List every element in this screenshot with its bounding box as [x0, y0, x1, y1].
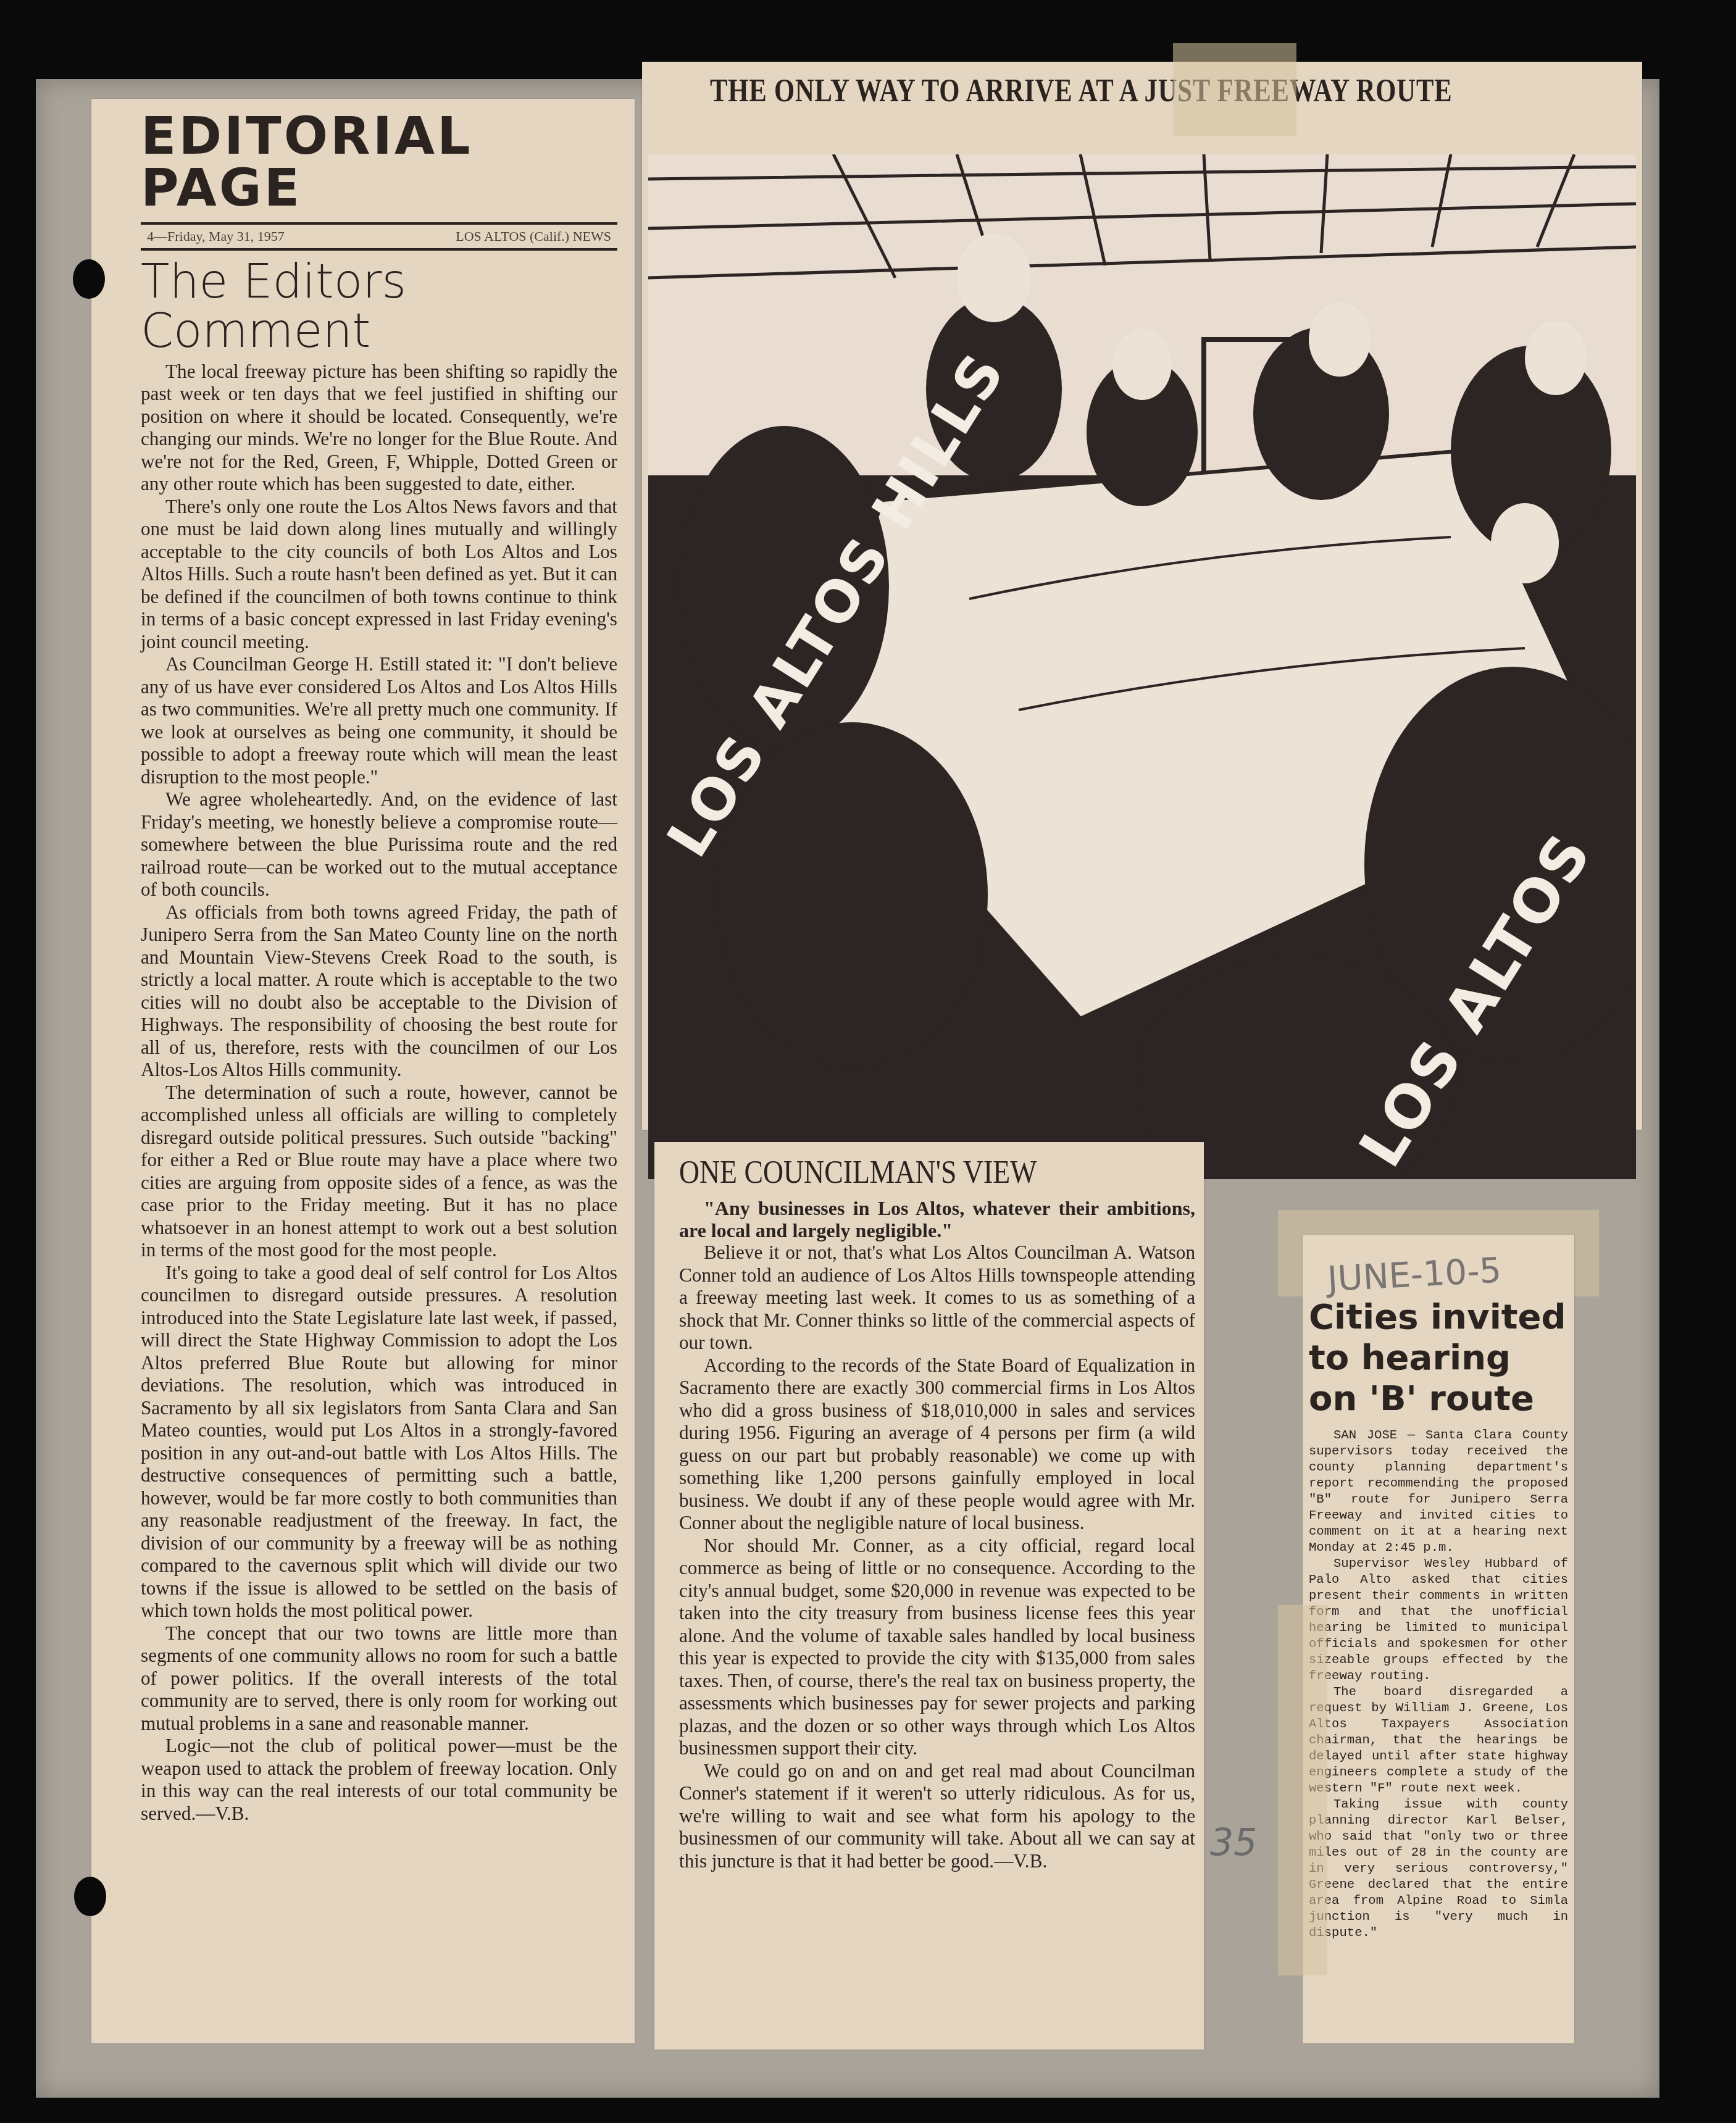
editorial-headline: The Editors Comment	[141, 257, 617, 356]
paragraph: The determination of such a route, howev…	[141, 1082, 617, 1262]
paragraph: We agree wholeheartedly. And, on the evi…	[141, 788, 617, 901]
dateline: 4—Friday, May 31, 1957 LOS ALTOS (Calif.…	[141, 222, 617, 251]
paragraph: The local freeway picture has been shift…	[141, 361, 617, 496]
paragraph: Logic—not the club of political power—mu…	[141, 1735, 617, 1825]
paragraph: According to the records of the State Bo…	[679, 1354, 1195, 1535]
paragraph: The concept that our two towns are littl…	[141, 1622, 617, 1735]
councilman-body: Believe it or not, that's what Los Altos…	[679, 1241, 1195, 1872]
paragraph: The board disregarded a request by Willi…	[1309, 1685, 1568, 1797]
pencil-page-number: 35	[1210, 1821, 1257, 1864]
cartoon-clipping: THE ONLY WAY TO ARRIVE AT A JUST FREEWAY…	[642, 62, 1642, 1130]
paragraph: We could go on and on and get real mad a…	[679, 1760, 1195, 1873]
paragraph: Supervisor Wesley Hubbard of Palo Alto a…	[1309, 1556, 1568, 1685]
paragraph: There's only one route the Los Altos New…	[141, 496, 617, 654]
cartoon-illustration: LOS ALTOS HILLS LOS ALTOS Boris Riedel	[648, 154, 1636, 1179]
handwritten-date: JUNE-10-5	[1327, 1247, 1569, 1299]
paragraph: Taking issue with county planning direct…	[1309, 1797, 1568, 1942]
paragraph: Nor should Mr. Conner, as a city officia…	[679, 1535, 1195, 1760]
tape-strip	[1173, 43, 1296, 136]
paragraph: Believe it or not, that's what Los Altos…	[679, 1241, 1195, 1354]
paragraph: As Councilman George H. Estill stated it…	[141, 653, 617, 788]
councilman-clipping: ONE COUNCILMAN'S VIEW "Any businesses in…	[654, 1142, 1204, 2050]
editorial-clipping: EDITORIAL PAGE 4—Friday, May 31, 1957 LO…	[91, 99, 635, 2043]
hearing-body: SAN JOSE — Santa Clara County supervisor…	[1309, 1428, 1568, 1942]
paragraph: SAN JOSE — Santa Clara County supervisor…	[1309, 1428, 1568, 1556]
dateline-paper: LOS ALTOS (Calif.) NEWS	[456, 228, 611, 244]
cartoon-title: THE ONLY WAY TO ARRIVE AT A JUST FREEWAY…	[710, 73, 1452, 109]
editorial-body: The local freeway picture has been shift…	[141, 361, 617, 1825]
hearing-headline: Cities invited to hearing on 'B' route	[1309, 1297, 1568, 1419]
paragraph: It's going to take a good deal of self c…	[141, 1262, 617, 1622]
punch-hole	[74, 1877, 106, 1916]
masthead: EDITORIAL PAGE	[141, 110, 617, 214]
councilman-headline: ONE COUNCILMAN'S VIEW	[679, 1154, 1133, 1191]
dateline-date: 4—Friday, May 31, 1957	[147, 228, 285, 244]
tape-strip	[1278, 1605, 1327, 1975]
hearing-clipping: JUNE-10-5 Cities invited to hearing on '…	[1303, 1235, 1574, 2043]
paragraph: As officials from both towns agreed Frid…	[141, 901, 617, 1082]
punch-hole	[73, 259, 105, 299]
lead-quote: "Any businesses in Los Altos, whatever t…	[679, 1197, 1195, 1241]
